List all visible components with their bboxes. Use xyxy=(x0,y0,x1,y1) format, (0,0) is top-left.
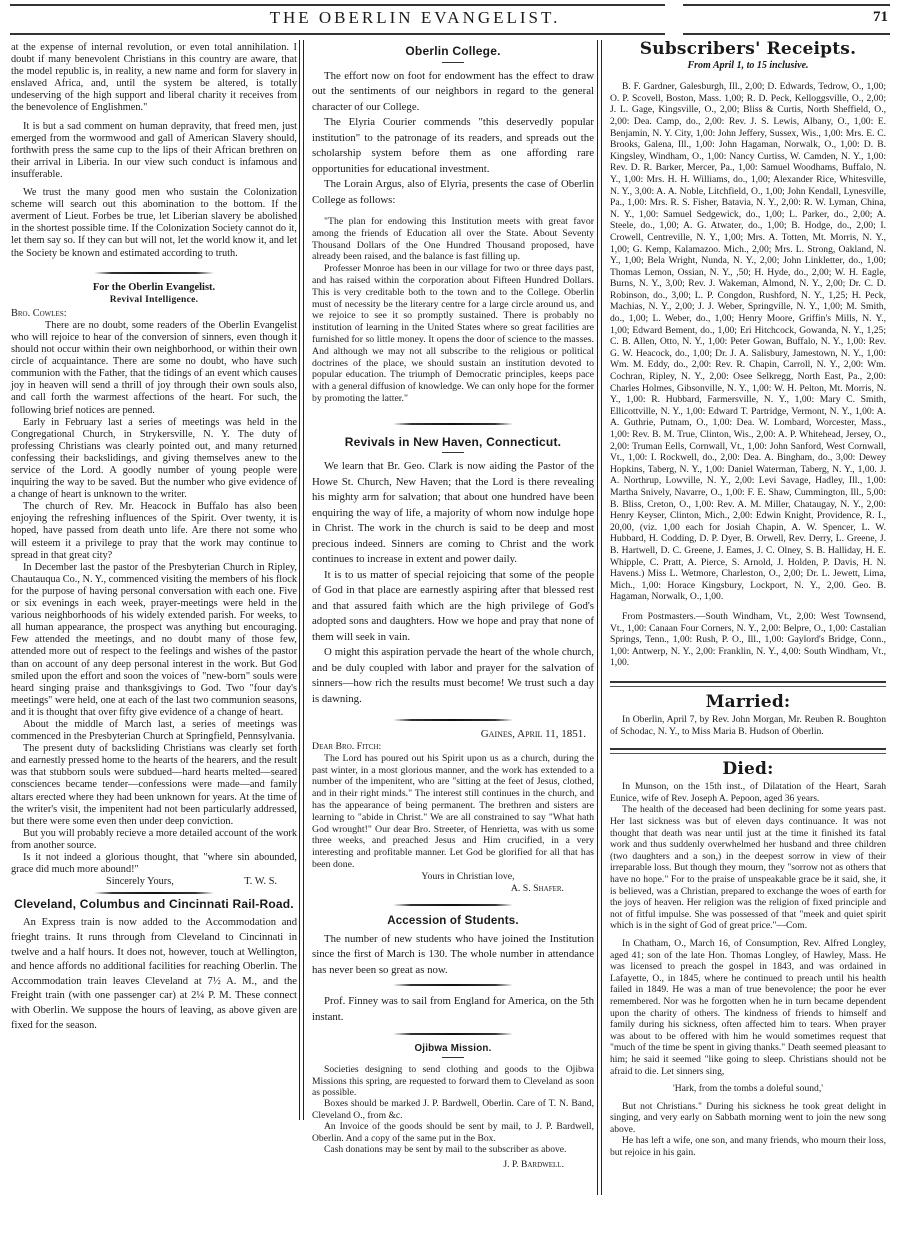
paragraph: An Express train is now added to the Acc… xyxy=(11,916,297,1033)
paragraph: In Munson, on the 15th inst., of Dilatat… xyxy=(610,781,886,804)
dateline: Gaines, April 11, 1851. xyxy=(312,729,594,741)
receipts-subhead: From April 1, to 15 inclusive. xyxy=(610,60,886,72)
article-headline-receipts: Subscribers' Receipts. xyxy=(610,44,886,56)
paragraph: In Oberlin, April 7, by Rev. John Morgan… xyxy=(610,714,886,737)
paragraph: Societies designing to send clothing and… xyxy=(312,1064,594,1098)
article-headline-died: Died: xyxy=(610,764,886,776)
salutation: Dear Bro. Fitch: xyxy=(312,741,594,753)
column-1: at the expense of internal revolution, o… xyxy=(11,42,297,1033)
article-headline-accession: Accession of Students. xyxy=(312,914,594,930)
paragraph: He has left a wife, one son, and many fr… xyxy=(610,1135,886,1158)
closing: Yours in Christian love, xyxy=(312,871,594,883)
short-rule xyxy=(442,1057,464,1058)
paragraph: It is but a sad comment on human depravi… xyxy=(11,121,297,181)
signature: T. W. S. xyxy=(244,876,277,888)
paragraph: We learn that Br. Geo. Clark is now aidi… xyxy=(312,459,594,568)
column-divider-1 xyxy=(299,40,304,1120)
article-headline-ojibwa: Ojibwa Mission. xyxy=(312,1043,594,1055)
paragraph: It is to us matter of special rejoicing … xyxy=(312,568,594,646)
signature: J. P. Bardwell. xyxy=(312,1159,594,1170)
page-number: 71 xyxy=(873,9,888,26)
article-kicker: For the Oberlin Evangelist. xyxy=(11,282,297,294)
article-headline-railroad: Cleveland, Columbus and Cincinnati Rail-… xyxy=(11,898,297,910)
paragraph: But not Christians." During his sickness… xyxy=(610,1101,886,1136)
masthead-rule-top xyxy=(10,4,665,6)
article-headline-college: Oberlin College. xyxy=(312,44,594,60)
short-rule xyxy=(442,452,464,453)
paragraph: But you will probably recieve a more det… xyxy=(11,828,297,852)
quoted-article: "The plan for endowing this Institution … xyxy=(312,216,594,405)
paragraph: The present duty of backsliding Christia… xyxy=(11,743,297,828)
paragraph: Is it not indeed a glorious thought, tha… xyxy=(11,852,297,876)
ornament-divider xyxy=(393,423,513,425)
closing: Sincerely Yours, xyxy=(106,876,174,888)
paragraph: In Chatham, O., March 16, of Consumption… xyxy=(610,938,886,1077)
paragraph: There are no doubt, some readers of the … xyxy=(11,320,297,417)
paragraph: Cash donations may be sent by mail to th… xyxy=(312,1144,594,1155)
article-headline-revival: Revival Intelligence. xyxy=(11,294,297,306)
paragraph: The number of new students who have join… xyxy=(312,932,594,979)
paragraph: About the middle of March last, a series… xyxy=(11,719,297,743)
masthead-rule-bottom-right xyxy=(683,33,890,35)
paragraph: The effort now on foot for endowment has… xyxy=(312,69,594,116)
paragraph: Boxes should be marked J. P. Bardwell, O… xyxy=(312,1098,594,1121)
ornament-divider xyxy=(94,272,214,274)
article-headline-married: Married: xyxy=(610,697,886,709)
paragraph: In December last the pastor of the Presb… xyxy=(11,562,297,719)
paragraph: O might this aspiration pervade the hear… xyxy=(312,645,594,707)
receipts-list: B. F. Gardner, Galesburgh, Ill., 2,00; D… xyxy=(610,81,886,603)
paragraph: The Lord has poured out his Spirit upon … xyxy=(312,753,594,871)
double-rule xyxy=(610,681,886,687)
article-headline-new-haven: Revivals in New Haven, Connecticut. xyxy=(312,435,594,451)
ornament-divider xyxy=(393,719,513,721)
paragraph: We trust the many good men who sustain t… xyxy=(11,187,297,260)
column-3: Subscribers' Receipts. From April 1, to … xyxy=(610,42,886,1159)
paragraph: The Elyria Courier commends "this deserv… xyxy=(312,115,594,177)
paragraph: Early in February last a series of meeti… xyxy=(11,417,297,502)
ornament-divider xyxy=(393,984,513,986)
paragraph: Prof. Finney was to sail from England fo… xyxy=(312,994,594,1025)
verse-line: 'Hark, from the tombs a doleful sound,' xyxy=(610,1083,886,1095)
short-rule xyxy=(442,62,464,63)
quote-paragraph: Professer Monroe has been in our village… xyxy=(312,263,594,405)
column-2: Oberlin College. The effort now on foot … xyxy=(312,42,594,1171)
paragraph: An Invoice of the goods should be sent b… xyxy=(312,1121,594,1144)
paragraph: The health of the deceased had been decl… xyxy=(610,804,886,932)
paragraph: at the expense of internal revolution, o… xyxy=(11,42,297,115)
ornament-divider xyxy=(393,904,513,906)
masthead: THE OBERLIN EVANGELIST. 71 xyxy=(0,0,900,36)
double-rule xyxy=(610,748,886,754)
ornament-divider xyxy=(94,892,214,894)
masthead-rule-top-right xyxy=(683,4,890,6)
ornament-divider xyxy=(393,1033,513,1035)
masthead-rule-bottom xyxy=(10,33,665,35)
salutation: Bro. Cowles: xyxy=(11,308,297,320)
quote-paragraph: "The plan for endowing this Institution … xyxy=(312,216,594,263)
paragraph: The Lorain Argus, also of Elyria, presen… xyxy=(312,177,594,208)
signature: A. S. Shafer. xyxy=(312,883,594,895)
column-divider-2 xyxy=(597,40,602,1195)
newspaper-title: THE OBERLIN EVANGELIST. xyxy=(175,8,655,28)
postmasters-list: From Postmasters.—South Windham, Vt., 2,… xyxy=(610,611,886,669)
signoff: Sincerely Yours, T. W. S. xyxy=(11,876,297,888)
paragraph: The church of Rev. Mr. Heacock in Buffal… xyxy=(11,501,297,561)
